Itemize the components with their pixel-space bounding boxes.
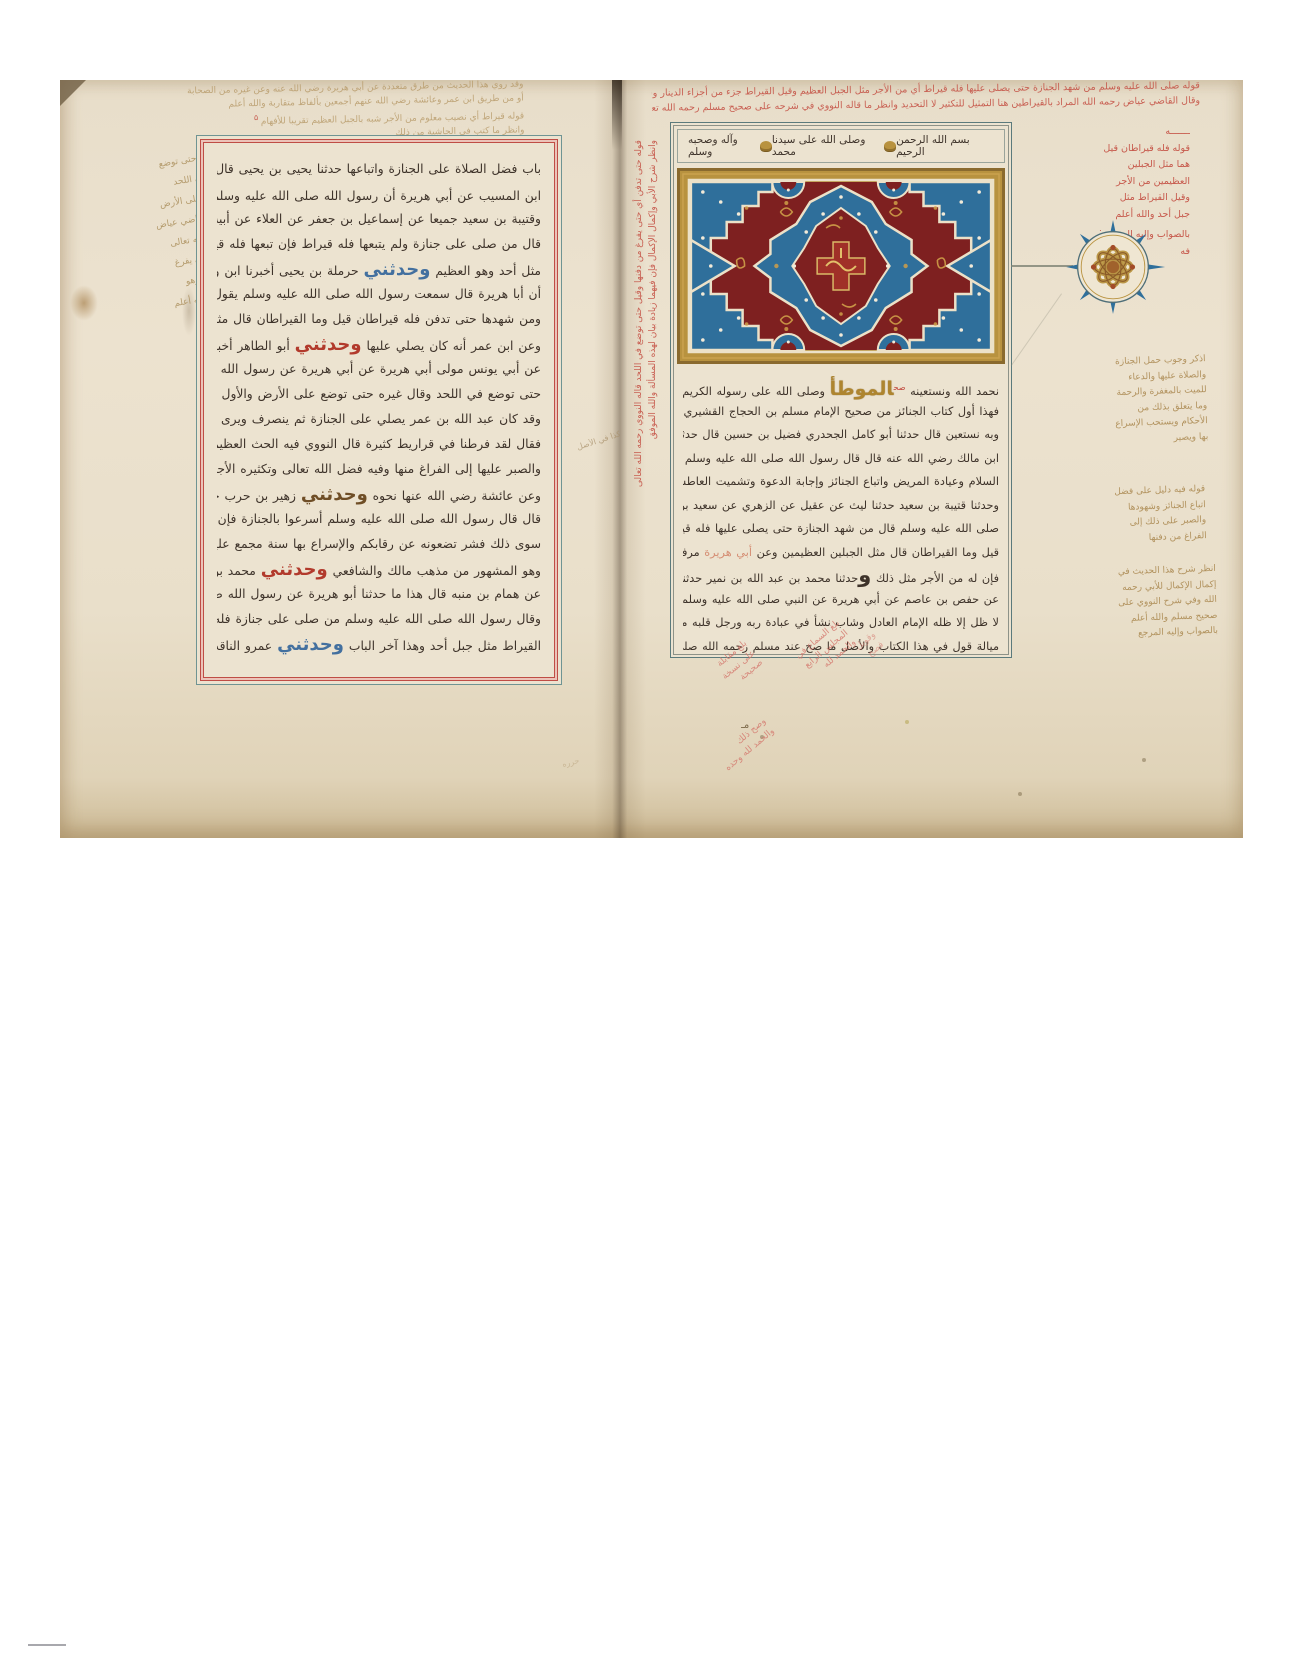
text-line: قال من صلى على جنازة ولم يتبعها فله قيرا… [217,232,541,257]
text-line: هما مثل الجبلين [1022,157,1190,174]
text-line: وقال رسول الله صلى الله عليه وسلم من صلى… [217,607,541,632]
diagonal-collation-note-3: وصح ذلكوالحمد لله وحده [677,716,777,806]
right-margin-note-3: انظر شرح هذا الحديث فيإكمال الإكمال للأب… [1034,562,1219,646]
manuscript-photo: وقد روي هذا الحديث من طرق متعددة عن أبي … [60,80,1243,838]
rosette-diagonal-line [1011,293,1062,366]
left-text-frame: باب فضل الصلاة على الجنازة واتباعها حدثن… [196,135,562,685]
text-line: وعن ابن عمر أنه كان يصلي عليها وحدثني أب… [217,332,541,357]
right-margin-note-2: قوله فيه دليل على فضلاتباع الجنائز وشهود… [1037,482,1207,550]
text-line: العظيمين من الأجر [1022,174,1190,191]
text-line: السلام وعيادة المريض واتباع الجنائز وإجا… [683,470,999,494]
text-line: قال قال رسول الله صلى الله عليه وسلم أسر… [217,507,541,532]
corner-fold [60,80,86,106]
marginal-rosette-icon [1060,214,1166,320]
text-line: ومن شهدها حتى تدفن فله قيراطان قيل وما ا… [217,307,541,332]
illuminated-headpiece [677,168,1005,364]
text-line: القيراط مثل جبل أحد وهذا آخر الباب وحدثن… [217,632,541,657]
text-line: عن همام بن منبه قال هذا ما حدثنا أبو هري… [217,582,541,607]
text-line: ـــــــه [1022,124,1190,141]
basmala-middle: وصلى الله على سيدنا محمد [772,134,884,158]
text-line: فإن له من الأجر مثل ذلك وحدثنا محمد بن ع… [683,564,999,588]
text-line: وانظر شرح الأبي وإكمال الإكمال فإن فيهما… [646,140,660,510]
left-text-block: باب فضل الصلاة على الجنازة واتباعها حدثن… [203,142,555,678]
basmala-right: بسم الله الرحمن الرحيم [896,134,994,158]
text-line: وقد كان عبد الله بن عمر يصلي على الجنازة… [217,407,541,432]
basmala-band: بسم الله الرحمن الرحيم وصلى الله على سيد… [677,129,1005,163]
text-line: وقيل القيراط مثل [1022,190,1190,207]
basmala-left: وآله وصحبه وسلم [688,134,760,158]
catchword: مـ [741,720,749,731]
left-frame-pink-border: باب فضل الصلاة على الجنازة واتباعها حدثن… [200,139,558,681]
text-line: حتى توضع في اللحد وقال غيره حتى توضع على… [217,382,541,407]
page-canvas: وقد روي هذا الحديث من طرق متعددة عن أبي … [0,0,1301,1672]
text-line: قوله فله قيراطان قيل [1022,141,1190,158]
right-gutter-red-annotation: قوله حتى تدفن أي حتى يفرغ من دفنها وقيل … [632,140,660,510]
speck [905,720,909,724]
text-line: وبه نستعين قال حدثنا أبو كامل الجحدري فض… [683,423,999,447]
text-line: قيل وما القيراطان قال مثل الجبلين العظيم… [683,541,999,565]
speck [1018,792,1022,796]
caption-tick [28,1644,66,1646]
right-top-red-annotation: قوله صلى الله عليه وسلم من شهد الجنازة ح… [652,80,1200,116]
text-line: والصبر عليها إلى الفراغ منها وفيه فضل ال… [217,457,541,482]
text-line: عن أبي يونس مولى أبي هريرة عن أبي هريرة … [217,357,541,382]
left-corner-note: حرره [561,756,580,769]
text-line: ابن المسيب عن أبي هريرة أن رسول الله صلى… [217,182,541,207]
text-line: باب فضل الصلاة على الجنازة واتباعها حدثن… [217,157,541,182]
text-line: وقتيبة بن سعيد جميعا عن إسماعيل بن جعفر … [217,207,541,232]
right-text-frame: بسم الله الرحمن الرحيم وصلى الله على سيد… [670,122,1012,658]
text-line: عن حفص بن عاصم عن أبي هريرة عن النبي صلى… [683,588,999,612]
text-line: وعن عائشة رضي الله عنها نحوه وحدثني زهير… [217,482,541,507]
text-line: وهو المشهور من مذهب مالك والشافعي وحدثني… [217,557,541,582]
right-text-block: نحمد الله ونستعينه صحالموطأ وصلى الله عل… [671,369,1011,658]
text-line: نحمد الله ونستعينه صحالموطأ وصلى الله عل… [683,376,999,400]
text-line: أن أبا هريرة قال سمعت رسول الله صلى الله… [217,282,541,307]
text-line: سوى ذلك فشر تضعونه عن رقابكم والإسراع به… [217,532,541,557]
speck [1142,758,1146,762]
text-line: ابن مالك رضي الله عنه قال قال رسول الله … [683,447,999,471]
gold-rosette-ornament-icon [760,141,772,151]
text-line: قوله حتى تدفن أي حتى يفرغ من دفنها وقيل … [632,140,646,510]
text-line: فقال لقد فرطنا في قراريط كثيرة قال النوو… [217,432,541,457]
text-line: صلى الله عليه وسلم قال من شهد الجنازة حت… [683,517,999,541]
text-line: مثل أحد وهو العظيم وحدثني حرملة بن يحيى … [217,257,541,282]
text-line: والحمد لله وحده [685,725,777,805]
gold-rosette-ornament-icon [884,141,896,151]
text-line: فهذا أول كتاب الجنائز من صحيح الإمام مسل… [683,400,999,424]
gutter-shadow [612,80,622,150]
text-line: وحدثنا قتيبة بن سعيد حدثنا ليث عن عقيل ع… [683,494,999,518]
headpiece-ornament-icon [677,168,1005,364]
right-margin-note-1: اذكر وجوب حمل الجنازةوالصلاة عليها والدع… [1033,352,1208,451]
